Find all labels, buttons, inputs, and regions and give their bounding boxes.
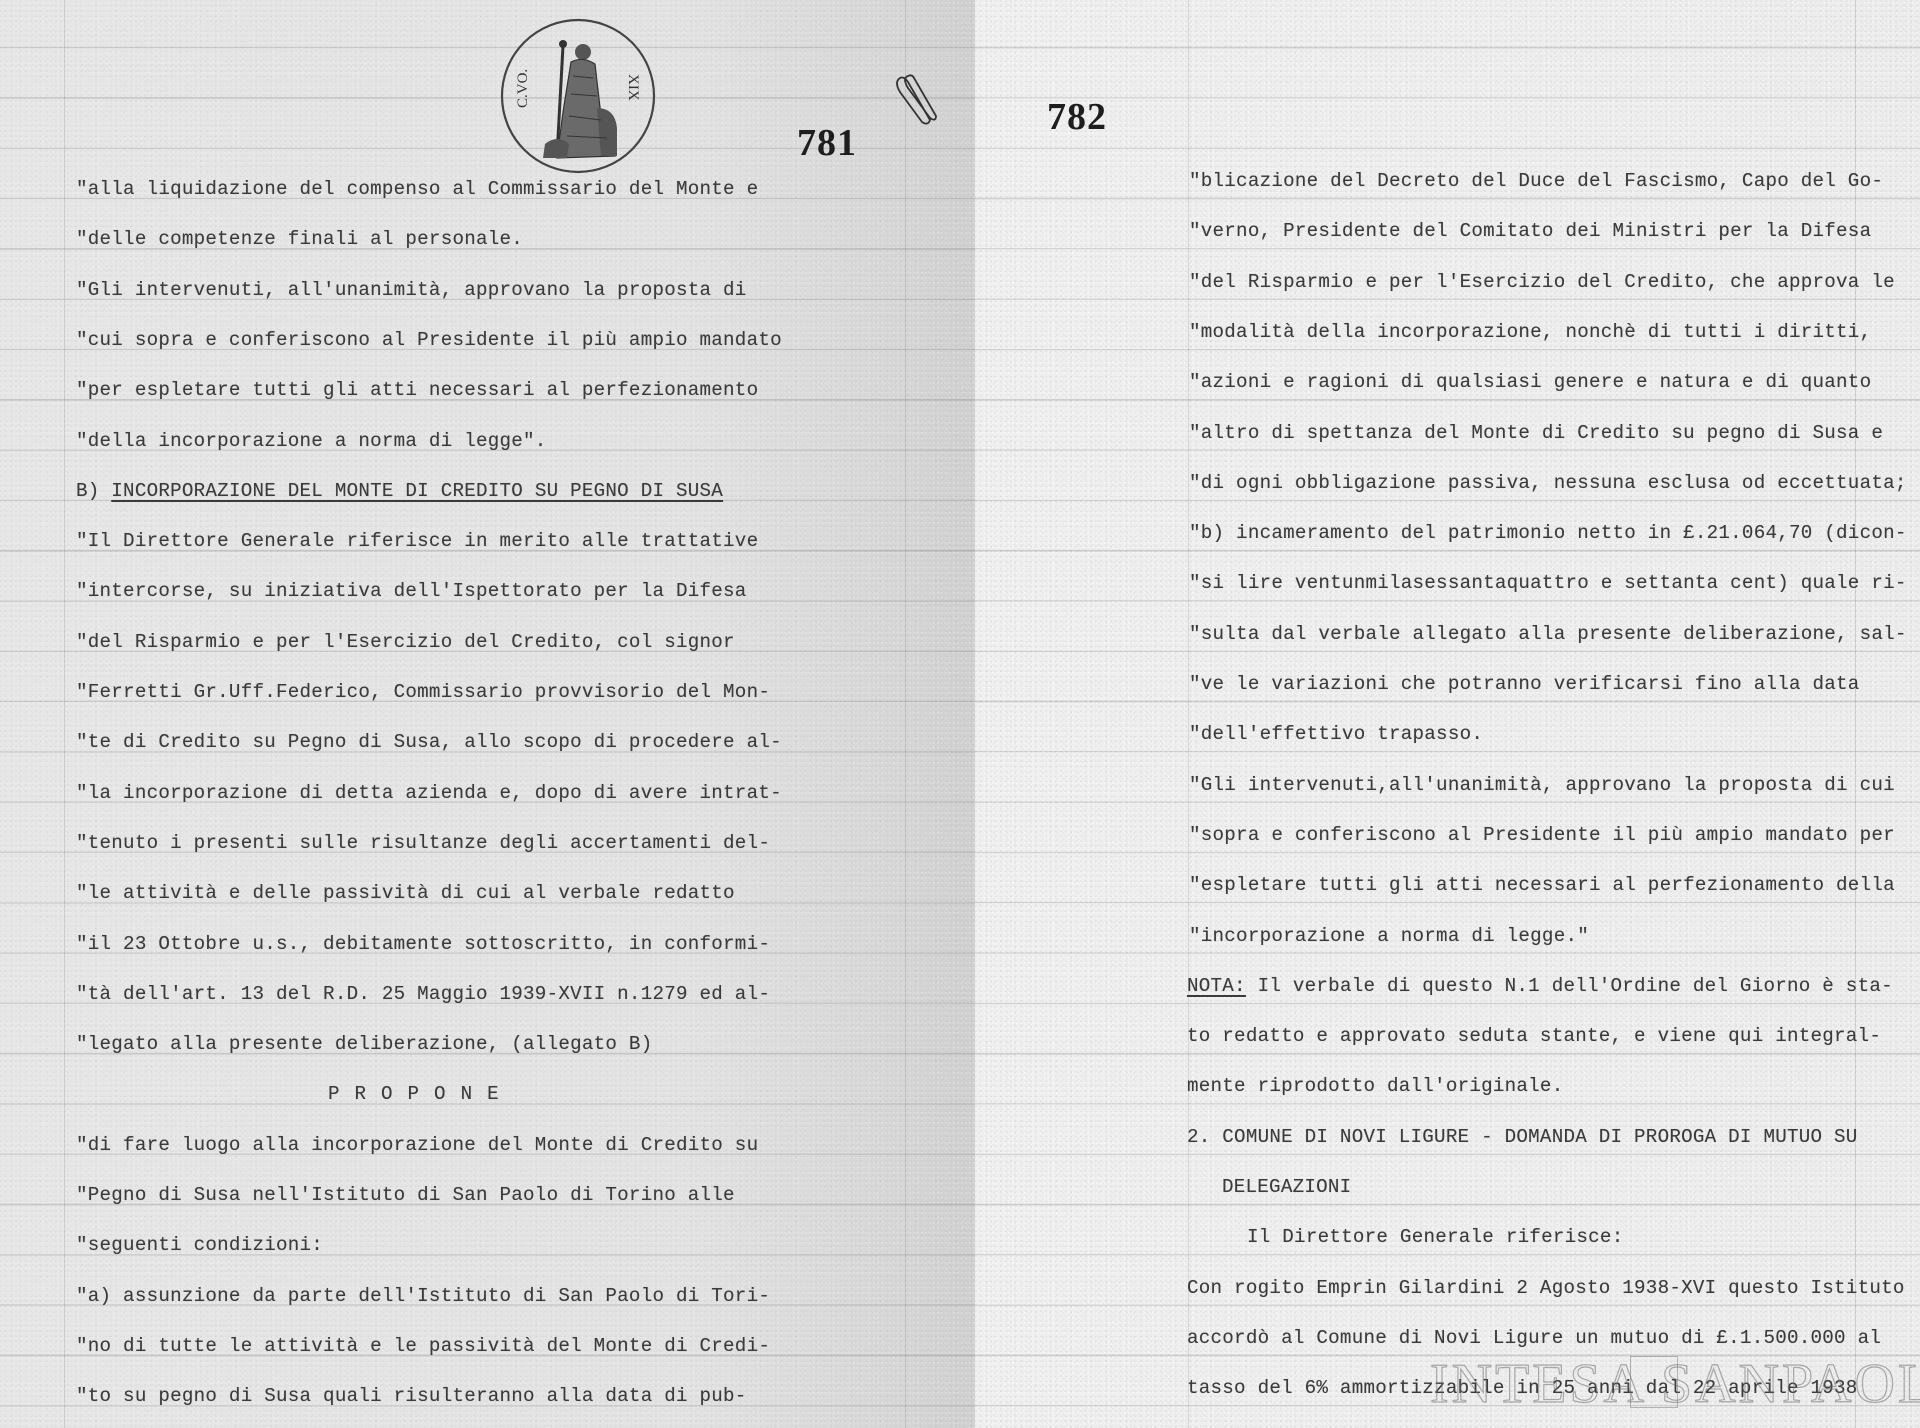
revenue-stamp-icon: C.VO. XIX	[497, 16, 659, 176]
text-line: "sopra e conferiscono al Presidente il p…	[1189, 824, 1895, 846]
text-line: "di ogni obbligazione passiva, nessuna e…	[1189, 472, 1907, 494]
text-line: "le attività e delle passività di cui al…	[76, 882, 735, 904]
text-line: mente riprodotto dall'originale.	[1187, 1075, 1563, 1097]
text-line: "si lire ventunmilasessantaquattro e set…	[1189, 572, 1907, 594]
text-line: "legato alla presente deliberazione, (al…	[76, 1033, 652, 1055]
stamp-left-text: C.VO.	[515, 69, 531, 108]
text-line: PROPONE	[328, 1083, 514, 1105]
text-line: "del Risparmio e per l'Esercizio del Cre…	[76, 631, 735, 653]
nota-label: NOTA:	[1187, 975, 1246, 997]
ruled-lines	[975, 0, 1920, 1428]
paper-texture	[0, 0, 975, 1428]
text-line: "to su pegno di Susa quali risulteranno …	[76, 1385, 747, 1407]
text-line: B) INCORPORAZIONE DEL MONTE DI CREDITO S…	[76, 480, 723, 502]
text-line: "incorporazione a norma di legge."	[1189, 925, 1589, 947]
text-line: to redatto e approvato seduta stante, e …	[1187, 1025, 1881, 1047]
text-line: "per espletare tutti gli atti necessari …	[76, 379, 758, 401]
text-line: "te di Credito su Pegno di Susa, allo sc…	[76, 731, 782, 753]
text-line: "altro di spettanza del Monte di Credito…	[1189, 422, 1883, 444]
text-line: "tà dell'art. 13 del R.D. 25 Maggio 1939…	[76, 983, 770, 1005]
paper-texture	[975, 0, 1920, 1428]
margin-rule	[905, 0, 906, 1428]
text-line: "tenuto i presenti sulle risultanze degl…	[76, 832, 770, 854]
text-line: "cui sopra e conferiscono al Presidente …	[76, 329, 782, 351]
text-line: "della incorporazione a norma di legge".	[76, 430, 547, 452]
section-heading: INCORPORAZIONE DEL MONTE DI CREDITO SU P…	[111, 480, 723, 502]
text-line: "seguenti condizioni:	[76, 1234, 323, 1256]
text-line: "Pegno di Susa nell'Istituto di San Paol…	[76, 1184, 735, 1206]
text-line: "no di tutte le attività e le passività …	[76, 1335, 770, 1357]
text-line: "Gli intervenuti, all'unanimità, approva…	[76, 279, 747, 301]
text-line: "delle competenze finali al personale.	[76, 228, 523, 250]
page-number: 782	[1047, 95, 1107, 139]
text-line: "dell'effettivo trapasso.	[1189, 723, 1483, 745]
text-line: "b) incameramento del patrimonio netto i…	[1189, 522, 1907, 544]
text-line: "Il Direttore Generale riferisce in meri…	[76, 530, 758, 552]
margin-rule	[64, 0, 65, 1428]
text-line: "la incorporazione di detta azienda e, d…	[76, 782, 782, 804]
margin-rule	[1855, 0, 1856, 1428]
text-line: "del Risparmio e per l'Esercizio del Cre…	[1189, 271, 1895, 293]
text-line: "blicazione del Decreto del Duce del Fas…	[1189, 170, 1883, 192]
stamp-right-text: XIX	[625, 74, 641, 101]
text-line: "sulta dal verbale allegato alla present…	[1189, 623, 1907, 645]
text-line: "ve le variazioni che potranno verificar…	[1189, 673, 1860, 695]
text-line: DELEGAZIONI	[1222, 1176, 1351, 1198]
text-line: "azioni e ragioni di qualsiasi genere e …	[1189, 371, 1871, 393]
text-line: "modalità della incorporazione, nonchè d…	[1189, 321, 1871, 343]
text-line: "il 23 Ottobre u.s., debitamente sottosc…	[76, 933, 770, 955]
pencil-mark-icon	[892, 68, 938, 126]
page-number: 781	[797, 121, 857, 165]
text-line: "verno, Presidente del Comitato dei Mini…	[1189, 220, 1871, 242]
text-line: "di fare luogo alla incorporazione del M…	[76, 1134, 758, 1156]
margin-rule	[1188, 0, 1189, 1428]
text-line: "Ferretti Gr.Uff.Federico, Commissario p…	[76, 681, 770, 703]
text-line: "Gli intervenuti,all'unanimità, approvan…	[1189, 774, 1895, 796]
left-page: C.VO. XIX 781 "alla liquidazione del com…	[0, 0, 975, 1428]
text-line: "intercorse, su iniziativa dell'Ispettor…	[76, 580, 747, 602]
right-page: 782 "blicazione del Decreto del Duce del…	[975, 0, 1920, 1428]
ruled-lines	[0, 0, 975, 1428]
text-line: "espletare tutti gli atti necessari al p…	[1189, 874, 1895, 896]
text-line: Con rogito Emprin Gilardini 2 Agosto 193…	[1187, 1277, 1905, 1299]
text-line: "alla liquidazione del compenso al Commi…	[76, 178, 758, 200]
text-line: Il Direttore Generale riferisce:	[1247, 1226, 1623, 1248]
text-line: NOTA: Il verbale di questo N.1 dell'Ordi…	[1187, 975, 1893, 997]
text-line: "a) assunzione da parte dell'Istituto di…	[76, 1285, 770, 1307]
watermark: INTESA SANPAOLO	[1430, 1352, 1920, 1416]
text-line: 2. COMUNE DI NOVI LIGURE - DOMANDA DI PR…	[1187, 1126, 1858, 1148]
text-line: accordò al Comune di Novi Ligure un mutu…	[1187, 1327, 1881, 1349]
